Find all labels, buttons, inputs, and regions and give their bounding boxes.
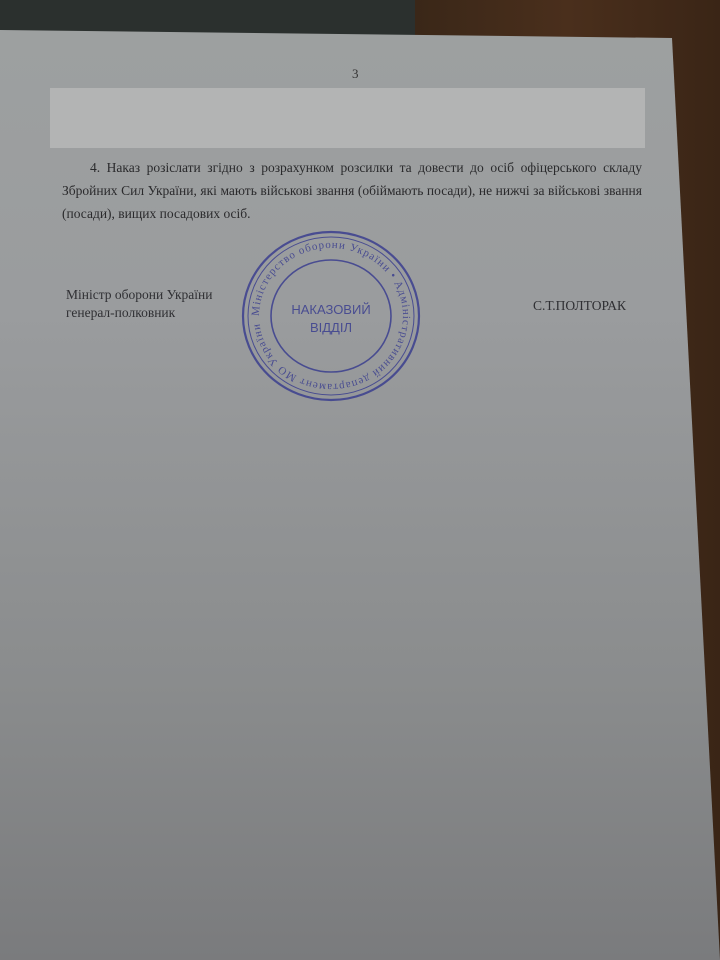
stamp-center-line2: ВІДДІЛ — [310, 320, 352, 335]
signature-title-line1: Міністр оборони України — [66, 286, 212, 304]
stamp-center-line1: НАКАЗОВИЙ — [291, 302, 370, 317]
signature-name: С.Т.ПОЛТОРАК — [533, 298, 626, 314]
page-number: 3 — [352, 66, 359, 82]
redacted-block — [50, 88, 645, 148]
official-stamp: Міністерство оборони України • Адміністр… — [238, 226, 424, 406]
signature-title: Міністр оборони України генерал-полковни… — [66, 286, 212, 322]
signature-title-line2: генерал-полковник — [66, 304, 212, 322]
order-paragraph: 4. Наказ розіслати згідно з розрахунком … — [62, 156, 642, 225]
